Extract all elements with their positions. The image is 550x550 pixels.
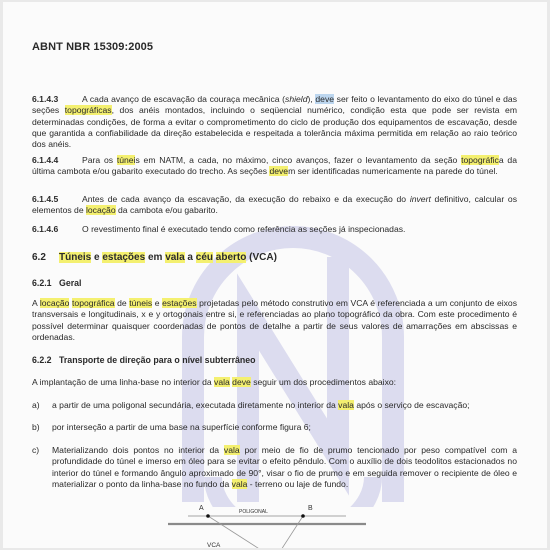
standard-code-header: ABNT NBR 15309:2005 (32, 41, 153, 53)
clause-number: 6.1.4.6 (32, 224, 82, 235)
intersection-diagram (153, 502, 403, 548)
clause-6-1-4-3: 6.1.4.3A cada avanço de escavação da cou… (32, 94, 517, 150)
list-item: b) por interseção a partir de uma base n… (32, 422, 517, 433)
list-item: a) a partir de uma poligonal secundária,… (32, 400, 517, 411)
highlight: túnei (117, 155, 136, 165)
section-heading-6-2: 6.2Túneis e estações em vala a céu abert… (32, 252, 277, 263)
clause-number: 6.1.4.3 (32, 94, 82, 105)
point-a-marker (206, 514, 210, 518)
section-heading-6-2-1: 6.2.1Geral (32, 278, 82, 288)
highlight: céu (196, 252, 213, 263)
highlight: topográfica (72, 298, 115, 308)
selected-text[interactable]: deve (315, 94, 334, 104)
document-page: ABNT NBR 15309:2005 6.1.4.3A cada avanço… (3, 2, 547, 548)
highlight: deve (232, 377, 251, 387)
section-heading-6-2-2: 6.2.2Transporte de direção para o nível … (32, 355, 256, 365)
point-b-marker (301, 514, 305, 518)
highlight: locação (86, 205, 116, 215)
clause-6-2-1-body: A locação topográfica de túneis e estaçõ… (32, 298, 517, 343)
highlight: deve (269, 166, 288, 176)
point-a-label: A (199, 505, 204, 512)
highlight: topográfic (461, 155, 499, 165)
clause-number: 6.1.4.5 (32, 194, 82, 205)
highlight: vala (232, 479, 248, 489)
highlight: aberto (216, 252, 247, 263)
highlight: topográficas (65, 105, 112, 115)
vca-label: VCA (207, 542, 220, 548)
polygonal-label: POLIGONAL (239, 509, 268, 515)
point-b-label: B (308, 505, 313, 512)
clause-6-2-2-intro: A implantação de uma linha-base no inter… (32, 377, 517, 388)
clause-6-1-4-5: 6.1.4.5Antes de cada avanço da escavação… (32, 194, 517, 217)
figure-6-diagram: A B POLIGONAL VCA (153, 502, 403, 548)
highlight: estações (162, 298, 196, 308)
clause-6-1-4-6: 6.1.4.6O revestimento final é executado … (32, 224, 517, 235)
clause-number: 6.1.4.4 (32, 155, 82, 166)
highlight: túneis (129, 298, 152, 308)
highlight: vala (338, 400, 354, 410)
clause-6-1-4-4: 6.1.4.4Para os túneis em NATM, a cada, n… (32, 155, 517, 178)
highlight: vala (165, 252, 184, 263)
list-item: c) Materializando dois pontos no interio… (32, 445, 517, 490)
highlight: estações (102, 252, 145, 263)
highlight: Túneis (59, 252, 91, 263)
highlight: vala (214, 377, 230, 387)
highlight: vala (224, 445, 240, 455)
highlight: locação (40, 298, 70, 308)
